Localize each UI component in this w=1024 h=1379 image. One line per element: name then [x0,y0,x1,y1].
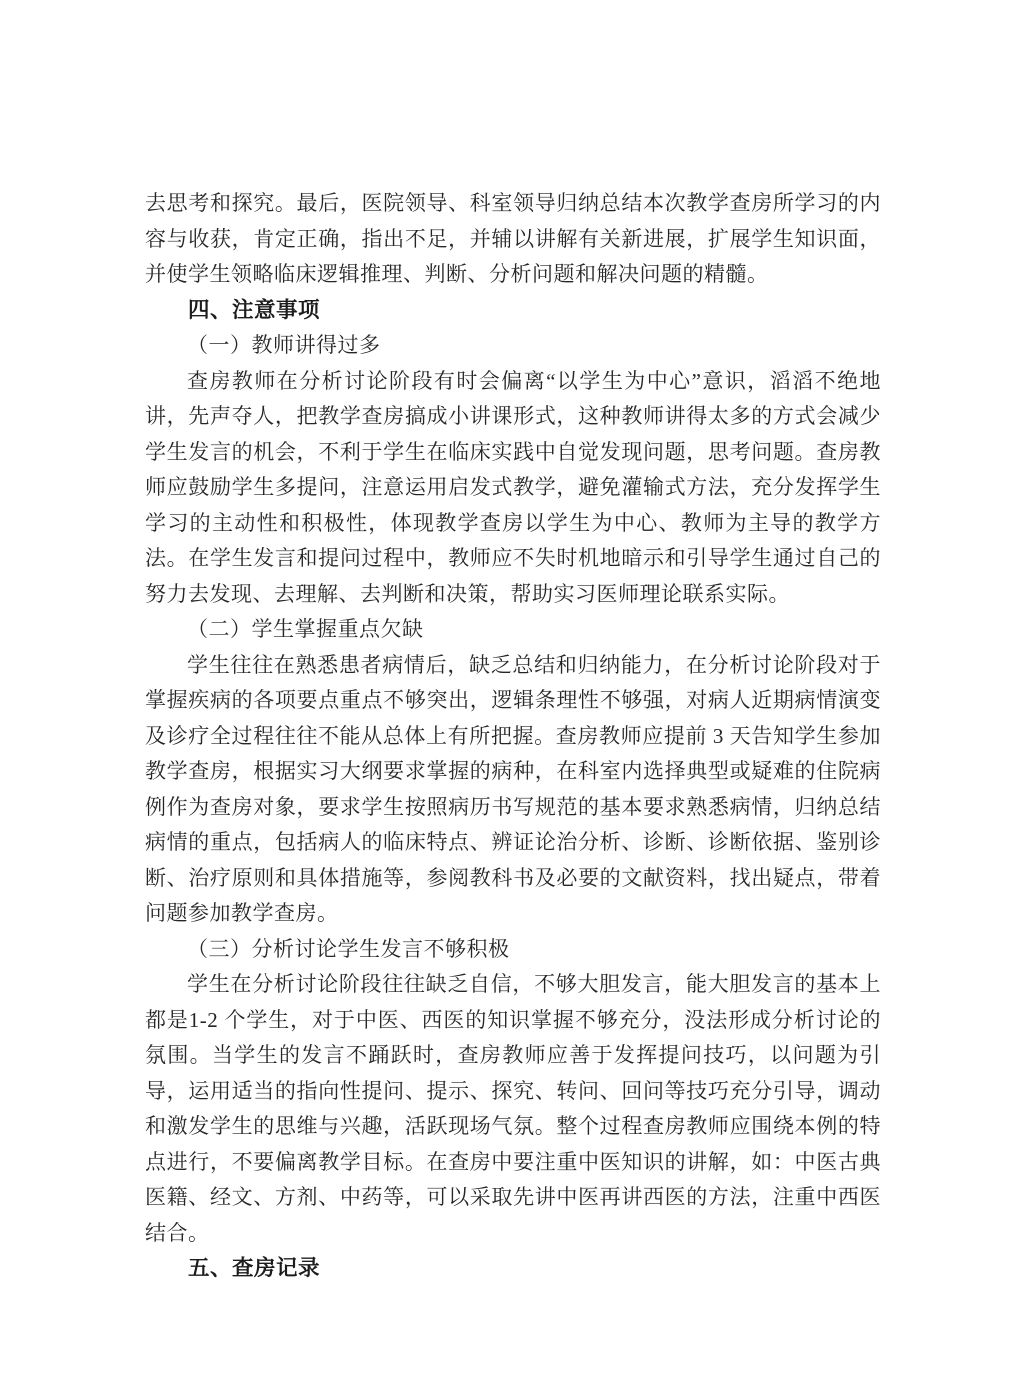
paragraph-continuation: 去思考和探究。最后，医院领导、科室领导归纳总结本次教学查房所学习的内容与收获，肯… [145,186,881,293]
subsection-heading-two: （二）学生掌握重点欠缺 [145,612,881,648]
document-page: 去思考和探究。最后，医院领导、科室领导归纳总结本次教学查房所学习的内容与收获，肯… [0,0,1024,1379]
subsection-heading-one: （一）教师讲得过多 [145,328,881,364]
paragraph-teacher-talks-too-much: 查房教师在分析讨论阶段有时会偏离“以学生为中心”意识，滔滔不绝地讲，先声夺人，把… [145,364,881,613]
page-text-content: 去思考和探究。最后，医院领导、科室领导归纳总结本次教学查房所学习的内容与收获，肯… [145,186,881,1287]
section-heading-four-notes: 四、注意事项 [145,293,881,329]
paragraph-students-not-active: 学生在分析讨论阶段往往缺乏自信，不够大胆发言，能大胆发言的基本上都是1-2 个学… [145,967,881,1251]
subsection-heading-three: （三）分析讨论学生发言不够积极 [145,932,881,968]
paragraph-students-lack-key-points: 学生往往在熟悉患者病情后，缺乏总结和归纳能力，在分析讨论阶段对于掌握疾病的各项要… [145,648,881,932]
section-heading-five-records: 五、查房记录 [145,1251,881,1287]
